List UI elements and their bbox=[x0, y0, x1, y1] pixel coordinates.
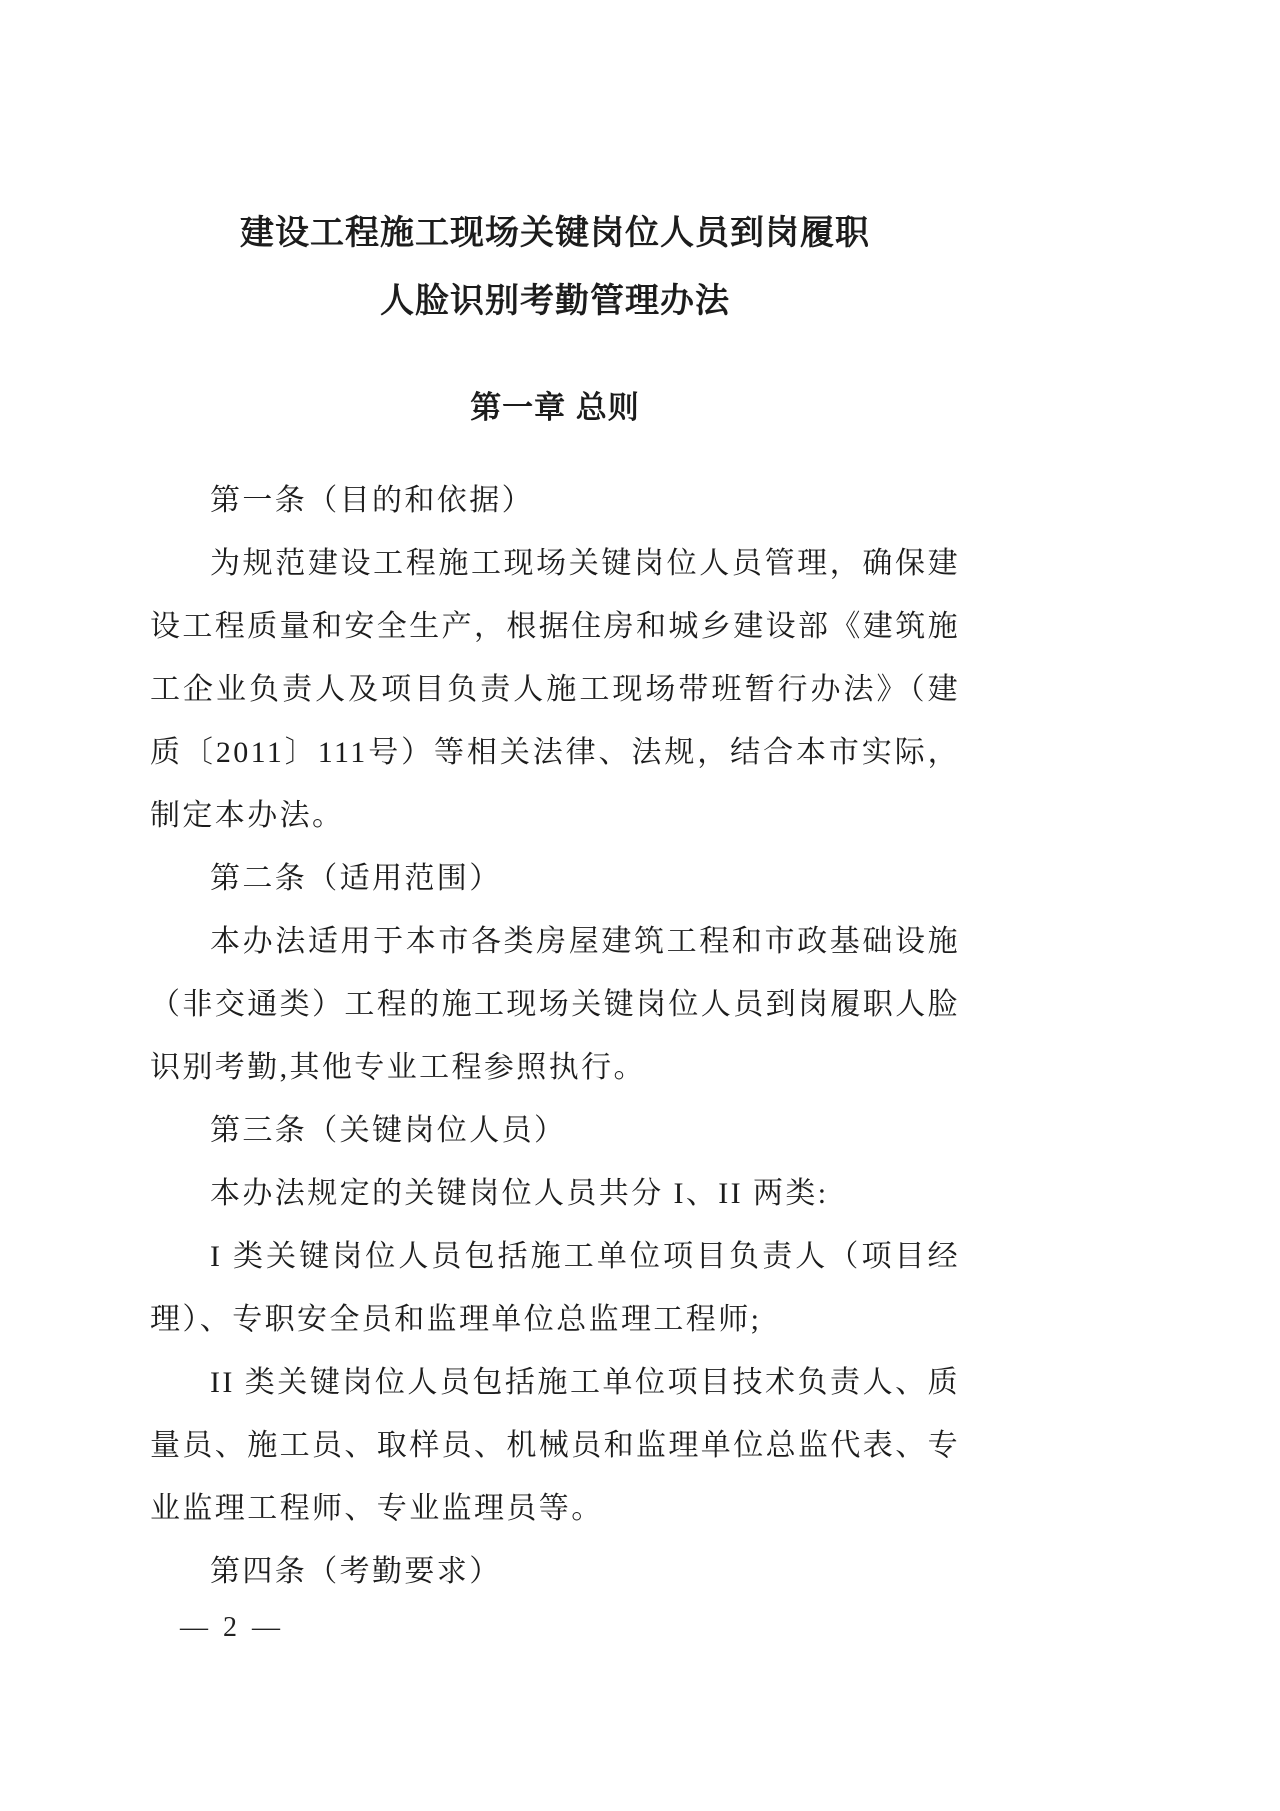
paragraph-article-2-body: 本办法适用于本市各类房屋建筑工程和市政基础设施（非交通类）工程的施工现场关键岗位… bbox=[150, 910, 960, 1099]
paragraph-article-1-body: 为规范建设工程施工现场关键岗位人员管理，确保建设工程质量和安全生产，根据住房和城… bbox=[150, 532, 960, 847]
paragraph-article-3-class2: II 类关键岗位人员包括施工单位项目技术负责人、质量员、施工员、取样员、机械员和… bbox=[150, 1351, 960, 1540]
paragraph-article-1-title: 第一条（目的和依据） bbox=[150, 469, 960, 532]
document-page: 建设工程施工现场关键岗位人员到岗履职 人脸识别考勤管理办法 第一章 总则 第一条… bbox=[0, 0, 1280, 1811]
paragraph-article-3-body: 本办法规定的关键岗位人员共分 I、II 两类: bbox=[150, 1162, 960, 1225]
document-title-line2: 人脸识别考勤管理办法 bbox=[380, 283, 730, 320]
page-number: — 2 — bbox=[180, 1612, 284, 1644]
paragraph-article-2-title: 第二条（适用范围） bbox=[150, 847, 960, 910]
document-body: 第一条（目的和依据） 为规范建设工程施工现场关键岗位人员管理，确保建设工程质量和… bbox=[150, 469, 960, 1603]
document-title: 建设工程施工现场关键岗位人员到岗履职 人脸识别考勤管理办法 bbox=[150, 200, 960, 336]
paragraph-article-3-class1: I 类关键岗位人员包括施工单位项目负责人（项目经理）、专职安全员和监理单位总监理… bbox=[150, 1225, 960, 1351]
chapter-heading: 第一章 总则 bbox=[150, 382, 960, 427]
paragraph-article-3-title: 第三条（关键岗位人员） bbox=[150, 1099, 960, 1162]
paragraph-article-4-title: 第四条（考勤要求） bbox=[150, 1540, 960, 1603]
document-title-line1: 建设工程施工现场关键岗位人员到岗履职 bbox=[240, 215, 870, 252]
